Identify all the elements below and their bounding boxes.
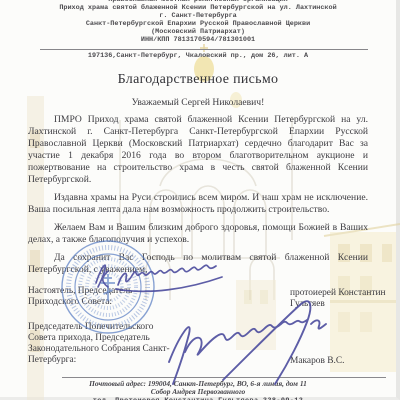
signer-name: Макаров В.С. [290, 356, 400, 367]
paragraph-wishes: Желаем Вам и Вашим близким доброго здоро… [28, 222, 368, 246]
signer-role: Председатель Попечительского Совета прих… [28, 322, 178, 366]
scanned-letter: { "org_header": { "lines": [ "Православн… [0, 0, 400, 400]
salutation: Уважаемый Сергей Николаевич! [0, 97, 396, 108]
signer-name: протоиерей Константин Гультяев [290, 288, 400, 310]
letterhead-line: Приход храма святой блаженной Ксении Пет… [0, 4, 396, 12]
letterhead-divider [40, 49, 368, 50]
signature-block-rector: Настоятель, Председатель Приходского Сов… [28, 286, 368, 308]
paragraph-tradition: Издавна храмы на Руси строились всем мир… [28, 192, 368, 216]
signer-role: Настоятель, Председатель Приходского Сов… [28, 286, 156, 308]
letter-content: Православная местная религиозная организ… [0, 0, 396, 397]
letterhead-address: 197136,Санкт-Петербург, Чкаловский пр., … [0, 52, 396, 60]
signature-block-chairman: Председатель Попечительского Совета прих… [28, 322, 368, 368]
letterhead: Православная местная религиозная организ… [0, 0, 396, 45]
footer-cathedral: Собор Андрея Первозванного [0, 388, 396, 397]
paragraph-blessing: Да сохранит Вас Господь по молитвам свят… [28, 252, 368, 276]
footer-divider [62, 377, 386, 378]
letter-page: Православная местная религиозная организ… [0, 0, 400, 400]
paragraph-gratitude: ПМРО Приход храма святой блаженной Ксени… [28, 114, 368, 186]
letter-title: Благодарственное письмо [0, 72, 396, 88]
letterhead-line: (Московский Патриархат) [0, 28, 396, 36]
footer: Почтовый адрес: 199004, Санкт-Петербург,… [0, 380, 396, 400]
letterhead-inn-kpp: ИНН/КПП 7813170594/781301001 [0, 36, 396, 44]
